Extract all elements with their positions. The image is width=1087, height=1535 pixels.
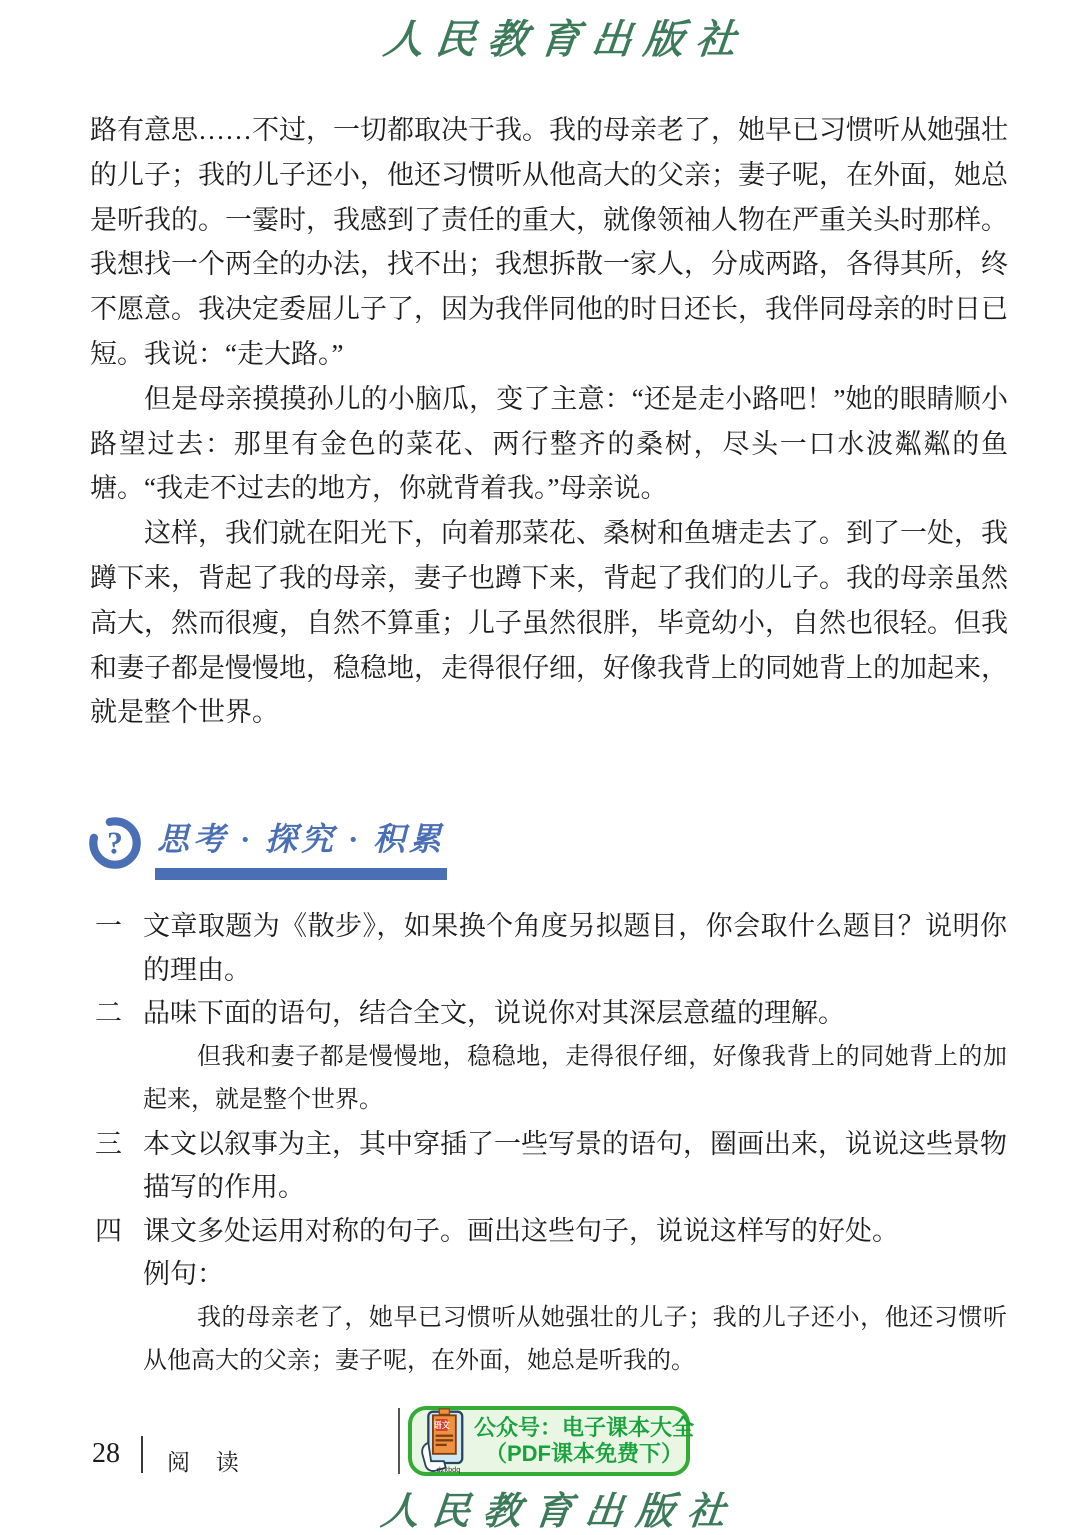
exercise-quote: 但我和妻子都是慢慢地，稳稳地，走得很仔细，好像我背上的同她背上的加起来，就是整个… — [143, 1036, 1007, 1123]
svg-text:?: ? — [107, 826, 123, 861]
title-underline — [155, 868, 447, 880]
svg-text:语文: 语文 — [433, 1420, 450, 1430]
exercise-item-3: 三 本文以叙事为主，其中穿插了一些写景的语句，圈画出来，说说这些景物描写的作用。 — [95, 1123, 1007, 1210]
exercise-number: 一 — [95, 905, 143, 992]
question-mark-icon: ? — [88, 816, 142, 870]
reading-text: 路有意思……不过，一切都取决于我。我的母亲老了，她早已习惯听从她强壮的儿子；我的… — [90, 108, 1008, 735]
exercise-text: 本文以叙事为主，其中穿插了一些写景的语句，圈画出来，说说这些景物描写的作用。 — [143, 1123, 1007, 1210]
exercise-text: 课文多处运用对称的句子。画出这些句子，说说这样写的好处。 — [143, 1210, 1007, 1254]
paragraph-continuation: 路有意思……不过，一切都取决于我。我的母亲老了，她早已习惯听从她强壮的儿子；我的… — [90, 108, 1008, 377]
exercise-item-2: 二 品味下面的语句，结合全文，说说你对其深层意蕴的理解。 但我和妻子都是慢慢地，… — [95, 992, 1007, 1123]
exercise-section-header: ? 思考 · 探究 · 积累 — [88, 814, 447, 880]
publisher-logo-top: 人民教育出版社 — [381, 8, 751, 65]
section-title: 思考 · 探究 · 积累 — [155, 814, 447, 865]
page-number: 28 — [92, 1438, 120, 1470]
exercise-number: 三 — [95, 1123, 143, 1210]
promo-line-2: （PDF课本免费下） — [474, 1441, 694, 1467]
section-label: 阅 读 — [167, 1444, 249, 1477]
exercise-text: 文章取题为《散步》，如果换个角度另拟题目，你会取什么题目？说明你的理由。 — [143, 905, 1007, 992]
exercise-text: 品味下面的语句，结合全文，说说你对其深层意蕴的理解。 — [143, 992, 1007, 1036]
footer-divider — [141, 1436, 143, 1473]
exercise-item-1: 一 文章取题为《散步》，如果换个角度另拟题目，你会取什么题目？说明你的理由。 — [95, 905, 1007, 992]
footer-divider-2 — [398, 1408, 400, 1474]
promo-badge: 语文 dzkbdq 公众号：电子课本大全 （PDF课本免费下） — [408, 1406, 690, 1476]
exercise-number: 二 — [95, 992, 143, 1123]
exercise-list: 一 文章取题为《散步》，如果换个角度另拟题目，你会取什么题目？说明你的理由。 二… — [95, 905, 1007, 1384]
paragraph: 这样，我们就在阳光下，向着那菜花、桑树和鱼塘走去了。到了一处，我蹲下来，背起了我… — [90, 511, 1008, 735]
svg-text:dzkbdq: dzkbdq — [437, 1465, 461, 1474]
promo-line-1: 公众号：电子课本大全 — [474, 1415, 694, 1441]
exercise-quote: 我的母亲老了，她早已习惯听从她强壮的儿子；我的儿子还小，他还习惯听从他高大的父亲… — [143, 1297, 1007, 1384]
exercise-item-4: 四 课文多处运用对称的句子。画出这些句子，说说这样写的好处。 例句： 我的母亲老… — [95, 1210, 1007, 1384]
section-title-block: 思考 · 探究 · 积累 — [155, 814, 447, 880]
hand-holding-textbook-icon: 语文 dzkbdq — [418, 1408, 468, 1474]
publisher-logo-bottom: 人民教育出版社 — [378, 1480, 741, 1535]
textbook-page: 人民教育出版社 路有意思……不过，一切都取决于我。我的母亲老了，她早已习惯听从她… — [0, 0, 1087, 1535]
exercise-number: 四 — [95, 1210, 143, 1384]
promo-badge-text: 公众号：电子课本大全 （PDF课本免费下） — [474, 1415, 694, 1467]
paragraph: 但是母亲摸摸孙儿的小脑瓜，变了主意：“还是走小路吧！”她的眼睛顺小路望过去：那里… — [90, 377, 1008, 511]
example-label: 例句： — [143, 1253, 1007, 1297]
